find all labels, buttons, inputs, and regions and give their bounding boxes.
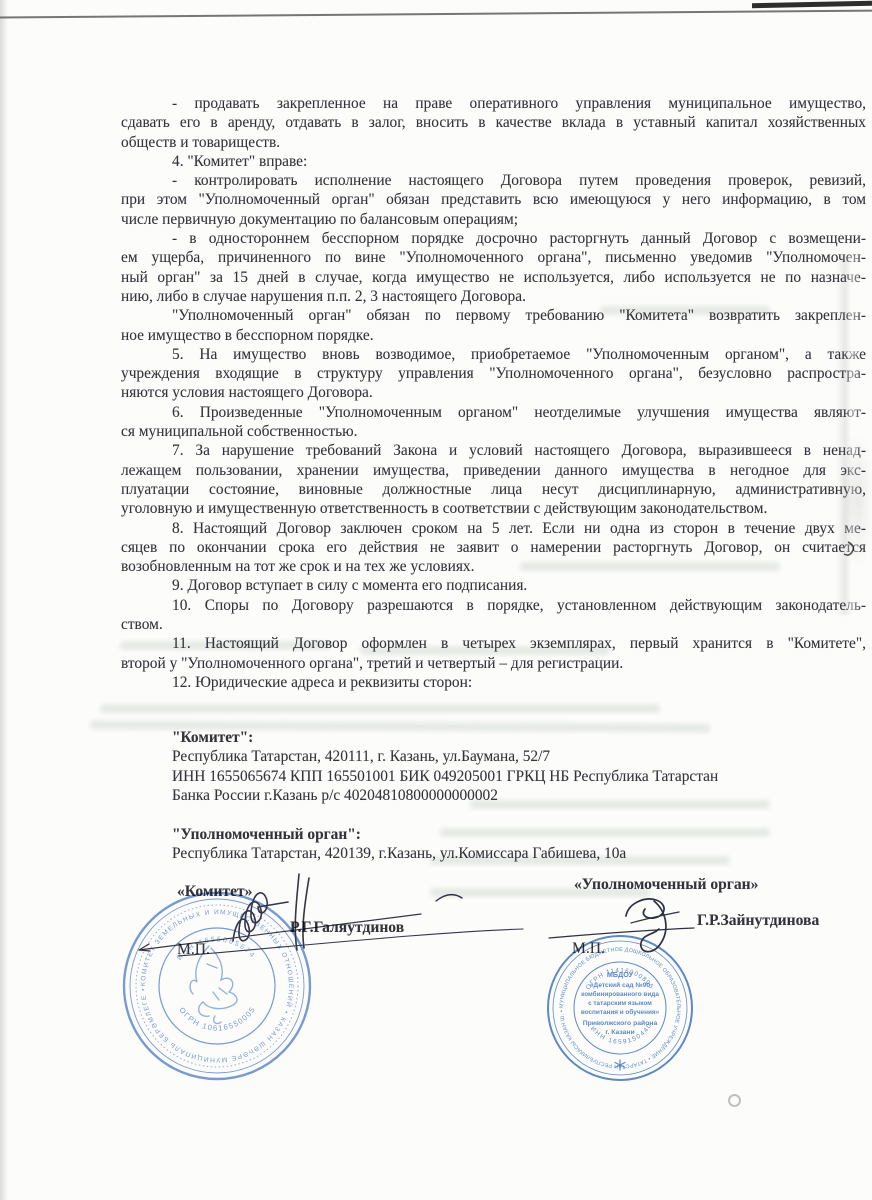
body-text-line: няются условия настоящего Договора. xyxy=(121,383,866,402)
stamp-inner-ring xyxy=(574,962,666,1054)
paragraph: 9. Договор вступает в силу с момента его… xyxy=(121,576,866,595)
paragraph: 11. Настоящий Договор оформлен в четырех… xyxy=(121,634,866,673)
contract-body: - продавать закрепленное на праве операт… xyxy=(121,94,866,692)
handwritten-signature-right xyxy=(549,899,694,952)
scanned-contract-page: - продавать закрепленное на праве операт… xyxy=(0,0,872,1200)
right-stamp-center-text: МБДОУ «Детский сад №90 комбинированного … xyxy=(581,970,660,1036)
body-text-line: второй у "Уполномоченного органа", трети… xyxy=(121,654,866,673)
stamp-dotted-ring xyxy=(136,905,298,1067)
paragraph: 10. Споры по Договору разрешаются в поря… xyxy=(121,596,866,635)
paragraph: 6. Произведенные "Уполномоченным органом… xyxy=(121,403,866,442)
svg-text:г. Казани: г. Казани xyxy=(605,1029,634,1036)
paragraph: - продавать закрепленное на праве операт… xyxy=(121,94,866,152)
body-text-line: 7. За нарушение требований Закона и усло… xyxy=(121,441,866,460)
body-text-line: 5. На имущество вновь возводимое, приобр… xyxy=(121,345,866,364)
paragraph: "Уполномоченный орган" обязан по первому… xyxy=(121,306,866,345)
body-text-line: - контролировать исполнение настоящего Д… xyxy=(121,171,866,190)
paper-wrinkle-shadow xyxy=(840,430,872,570)
body-text-line: 6. Произведенные "Уполномоченным органом… xyxy=(121,403,866,422)
paragraph: 12. Юридические адреса и реквизиты сторо… xyxy=(121,673,866,692)
body-text-line: ем ущерба, причиненного по вине "Уполном… xyxy=(121,248,866,267)
body-text-line: числе первичную документацию по балансов… xyxy=(121,210,866,229)
body-text-line: 10. Споры по Договору разрешаются в поря… xyxy=(121,596,866,615)
paragraph: 5. На имущество вновь возводимое, приобр… xyxy=(121,345,866,403)
right-seal-mark: М.П. xyxy=(572,940,605,958)
body-text-line: ный орган" за 15 дней в случае, когда им… xyxy=(121,268,866,287)
stamp-ring xyxy=(553,941,687,1075)
body-text-line: при этом "Уполномоченный орган" обязан п… xyxy=(121,190,866,209)
requisites-title: "Уполномоченный орган": xyxy=(172,825,718,844)
stamp-outer-ring xyxy=(124,893,310,1079)
right-party-label: «Уполномоченный орган» xyxy=(574,876,758,894)
page-left-shadow xyxy=(0,0,8,1200)
body-text-line: сяцев по окончании срока его действия не… xyxy=(121,538,866,557)
paragraph: 8. Настоящий Договор заключен сроком на … xyxy=(121,519,866,577)
body-text-line: ством. xyxy=(121,615,866,634)
requisites-section: "Комитет":Республика Татарстан, 420111, … xyxy=(172,728,718,864)
scan-edge-line xyxy=(0,9,872,18)
body-text-line: плуатации состояние, виновные должностны… xyxy=(121,480,866,499)
requisites-line: Республика Татарстан, 420139, г.Казань, … xyxy=(172,844,718,863)
body-text-line: 8. Настоящий Договор заключен сроком на … xyxy=(121,519,866,538)
snowflake-icon xyxy=(615,1060,625,1070)
requisites-line: Банка России г.Казань р/с 40204810800000… xyxy=(172,786,718,805)
body-text-line: обществ и товариществ. xyxy=(121,133,866,152)
stamp-outer-ring xyxy=(548,936,692,1080)
body-text-line: ное имущество в бесспорном порядке. xyxy=(121,326,866,345)
requisites-block: "Комитет":Республика Татарстан, 420111, … xyxy=(172,728,718,805)
svg-text:комбинированного вида: комбинированного вида xyxy=(581,990,659,998)
requisites-line: ИНН 1655065674 КПП 165501001 БИК 0492050… xyxy=(172,767,718,786)
paragraph: 4. "Комитет" вправе: xyxy=(121,152,866,171)
body-text-line: учреждения входящие в структуру управлен… xyxy=(121,364,866,383)
requisites-title: "Комитет": xyxy=(172,728,718,747)
left-seal-mark: М.П. xyxy=(177,941,210,959)
body-text-line: 9. Договор вступает в силу с момента его… xyxy=(121,576,866,595)
body-text-line: ся муниципальной собственностью. xyxy=(121,422,866,441)
svg-text:МБДОУ: МБДОУ xyxy=(607,970,634,979)
body-text-line: 4. "Комитет" вправе: xyxy=(121,152,866,171)
scan-dot-artifact xyxy=(728,1094,741,1107)
left-party-label: «Комитет» xyxy=(177,883,252,901)
left-stamp-ring-text: КОМИТЕТ ЗЕМЕЛЬНЫХ И ИМУЩЕСТВЕННЫХ ОТНОШЕ… xyxy=(140,909,294,1063)
svg-text:«Детский сад №90: «Детский сад №90 xyxy=(590,981,651,989)
requisites-line: Республика Татарстан, 420111, г. Казань,… xyxy=(172,747,718,766)
stamp-ring xyxy=(130,899,304,1073)
body-text-line: 12. Юридические адреса и реквизиты сторо… xyxy=(121,673,866,692)
body-text-line: лежащем пользовании, хранении имущества,… xyxy=(121,461,866,480)
requisites-block: "Уполномоченный орган":Республика Татарс… xyxy=(172,825,718,864)
body-text-line: возобновленным на тот же срок и на тех ж… xyxy=(121,557,866,576)
right-stamp-ring-text: МУНИЦИПАЛЬНОЕ БЮДЖЕТНОЕ ДОШКОЛЬНОЕ ОБРАЗ… xyxy=(559,947,681,1069)
paragraph: 7. За нарушение требований Закона и усло… xyxy=(121,441,866,518)
body-text-line: "Уполномоченный орган" обязан по первому… xyxy=(121,306,866,325)
body-text-line: - в одностороннем бесспорном порядке дос… xyxy=(121,229,866,248)
left-signer-name: Р.Г.Галяутдинов xyxy=(290,919,404,937)
paragraph: - в одностороннем бесспорном порядке дос… xyxy=(121,229,866,306)
right-signer-name: Г.Р.Зайнутдинова xyxy=(697,912,819,930)
bleed-through-mark xyxy=(100,704,660,713)
body-text-line: - продавать закрепленное на праве операт… xyxy=(121,94,866,113)
body-text-line: 11. Настоящий Договор оформлен в четырех… xyxy=(121,634,866,653)
body-text-line: сдавать его в аренду, отдавать в залог, … xyxy=(121,113,866,132)
right-stamp-inn-arc: ИНН 1659150440 xyxy=(589,1022,654,1046)
paragraph: - контролировать исполнение настоящего Д… xyxy=(121,171,866,229)
svg-text:Приволжского района: Приволжского района xyxy=(583,1019,658,1027)
svg-text:с татарским языком: с татарским языком xyxy=(588,1000,652,1007)
svg-text:воспитания и обучения»: воспитания и обучения» xyxy=(581,1008,660,1016)
scan-corner-shadow xyxy=(752,1,872,9)
body-text-line: нию, либо в случае нарушения п.п. 2, 3 н… xyxy=(121,287,866,306)
body-text-line: уголовную и имущественную ответственност… xyxy=(121,499,866,518)
